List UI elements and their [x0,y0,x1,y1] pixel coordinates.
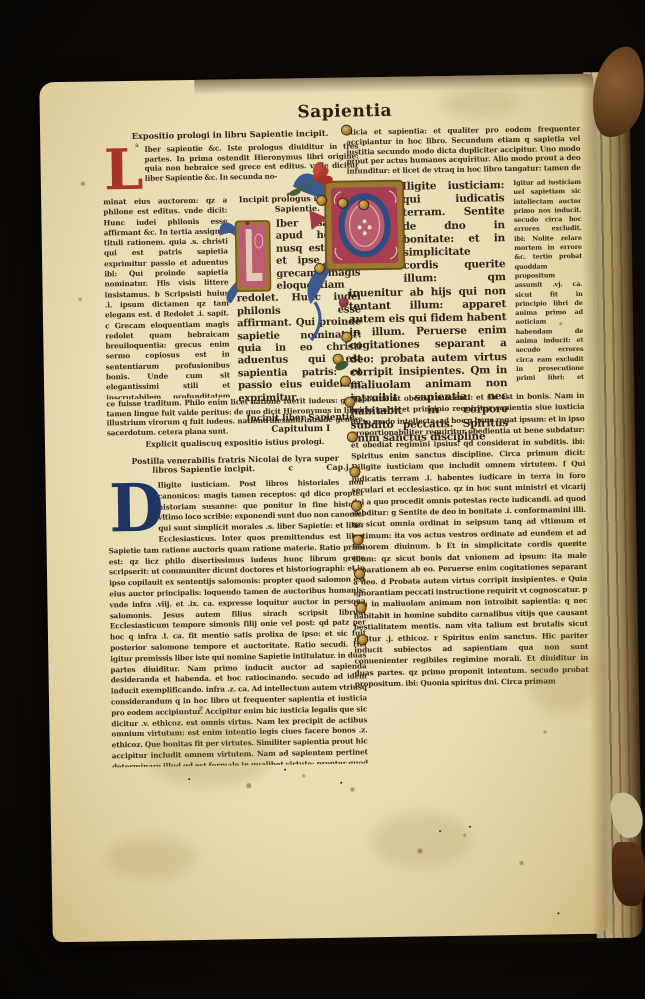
side-commentary-text: Igitur ad iusticiam uel sapietiam sic in… [513,178,584,385]
foxing-spot [199,706,203,710]
stain [106,835,197,880]
foxing-spot [246,783,251,788]
stain [371,812,472,870]
running-header: Sapientia [270,100,420,122]
gold-bezant-ornament [353,535,362,544]
gold-bezant-ornament [342,333,351,342]
right-middle-block: Iligite iusticiam: qui iudicatis terram.… [347,178,584,388]
foxing-spot [520,861,524,865]
gold-bezant-ornament [358,635,367,644]
foxing-spot [544,731,547,734]
gold-bezant-ornament [338,199,347,208]
foxing-spot [350,788,354,792]
narrow-commentary-text: minat eius auctorem: qz a philone est ed… [103,195,230,399]
gold-bezant-ornament [359,200,368,209]
binding-fragment-bottom [612,842,645,906]
gold-bezant-ornament [315,264,324,273]
gold-bezant-ornament [342,126,351,135]
illuminated-initial-L-art [221,215,286,302]
ink-speck [469,826,471,828]
postilla-heading: Postilla venerabilis fratris Nicolai de … [107,453,363,476]
ink-speck [557,912,559,914]
book-page: Sapientia a Expositio prologi in libru S… [39,74,606,943]
biblical-text-column: Iligite iusticiam: qui iudicatis terram.… [347,179,508,387]
drop-cap-red-L: L [102,145,145,196]
gold-bezant-ornament [341,377,350,386]
tulip-ornament [285,162,334,201]
ink-speck [284,769,286,771]
maroon-berry-ornament [339,298,349,308]
foxing-spot [573,542,577,546]
narrow-commentary-column: minat eius auctorem: qz a philone est ed… [103,195,230,399]
foxing-spot [79,298,82,301]
heading-expositio-prologi: Expositio prologi in libru Sapientie inc… [102,127,358,141]
gold-bezant-ornament [355,569,364,578]
postilla-section-marker: c [288,464,293,474]
foxing-spot [81,182,85,186]
stain [144,715,275,789]
postilla-heading-line2-text: libros Sapientie incipit. [152,465,255,476]
drop-cap-blue-D: D [109,481,157,536]
explicit-line: Explicit qualiscuq expositio istius prol… [107,437,363,451]
illuminated-initial-L [235,219,272,292]
illuminated-initial-D [327,179,398,276]
foxing-spot [302,774,305,777]
ink-speck [340,782,342,784]
gold-bezant-ornament [350,467,359,476]
postilla-chapter-label: Cap.j. [326,463,351,473]
gold-bezant-ornament [348,432,357,441]
leaf-ornament [334,360,350,372]
gold-bezant-ornament [357,603,366,612]
side-commentary-column: Igitur ad iusticiam uel sapietiam sic in… [513,178,584,385]
foxing-spot [559,322,562,325]
stain [439,89,519,118]
gold-bezant-ornament [345,397,354,406]
gold-bezant-ornament [352,501,361,510]
